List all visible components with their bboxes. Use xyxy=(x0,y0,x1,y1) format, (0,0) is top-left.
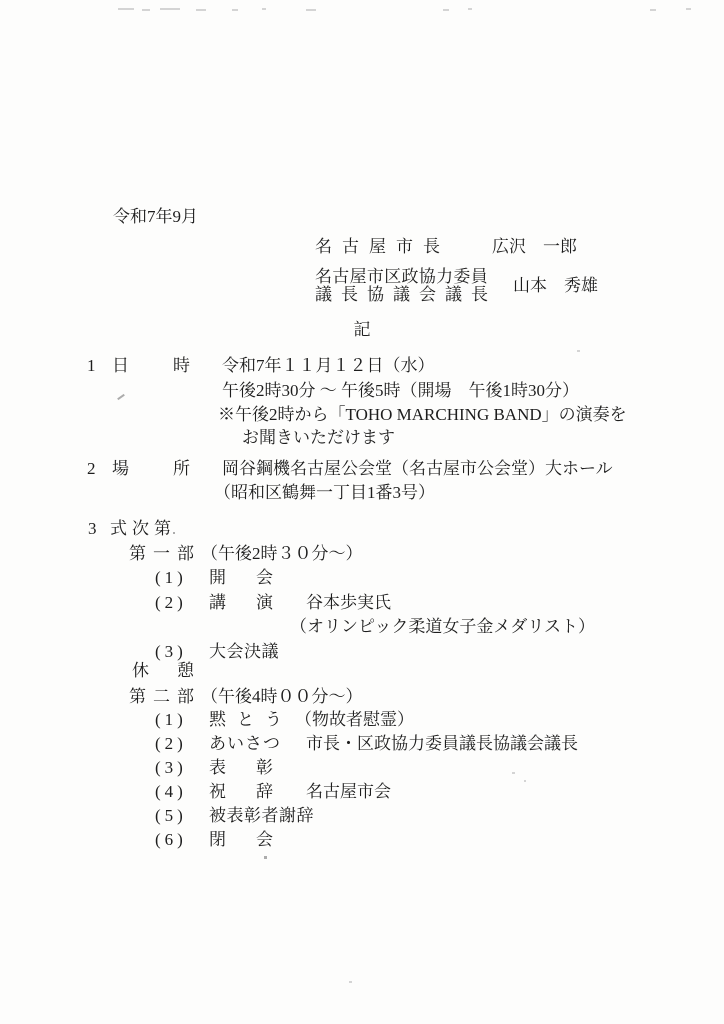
scan-artifact xyxy=(306,9,316,11)
scan-artifact xyxy=(349,981,352,983)
item-label-program: 式次第 xyxy=(110,519,176,541)
signatory-title-mayor: 名古屋市長 xyxy=(315,237,450,259)
entry-note: （オリンピック柔道女子金メダリスト） xyxy=(290,617,595,639)
entry-number: (1) xyxy=(155,568,187,588)
entry-number: (2) xyxy=(155,734,187,754)
program-entry: (6) 閉会 xyxy=(0,830,724,852)
entry-number: (2) xyxy=(155,593,187,613)
item-text: 午後2時30分 ～ 午後5時（開場 午後1時30分） xyxy=(222,381,579,403)
entry-number: (3) xyxy=(155,758,187,778)
entry-number: (5) xyxy=(155,806,187,826)
entry-label: 大会決議 xyxy=(209,642,279,662)
item-text-note: お聞きいただけます xyxy=(242,428,395,450)
entry-label: 表彰 xyxy=(209,758,303,778)
signatory-name-mayor: 広沢 一郎 xyxy=(492,237,577,259)
program-part2-time: （午後4時００分～） xyxy=(201,687,363,706)
entry-label: 講演 xyxy=(209,593,303,613)
program-part1-title: 第一部 xyxy=(129,544,201,563)
scan-artifact xyxy=(117,394,125,400)
entry-label: 閉会 xyxy=(209,830,303,850)
entry-detail: 名古屋市会 xyxy=(306,782,391,802)
entry-label: 黙とう xyxy=(209,710,293,730)
scan-artifact xyxy=(577,350,580,352)
scan-artifact xyxy=(118,8,134,10)
item-number: 1 xyxy=(87,356,96,378)
recess-label: 休憩 xyxy=(132,661,222,683)
entry-number: (4) xyxy=(155,782,187,802)
entry-detail: （物故者慰霊） xyxy=(295,710,414,730)
scan-artifact xyxy=(262,8,266,10)
scanned-document-page: 令和7年9月 名古屋市長 広沢 一郎 名古屋市区政協力委員 議長協議会議長 山本… xyxy=(0,0,724,1024)
item-label-place: 場所 xyxy=(112,459,234,481)
issue-date: 令和7年9月 xyxy=(113,207,198,229)
entry-label: 被表彰者謝辞 xyxy=(209,806,314,826)
entry-number: (1) xyxy=(155,710,187,730)
program-entry: (5) 被表彰者謝辞 xyxy=(0,806,724,828)
entry-label: あいさつ xyxy=(209,734,281,754)
item-number: 3 xyxy=(88,519,97,541)
program-part1-heading: 第一部（午後2時３０分～） xyxy=(129,544,363,566)
item-text: 令和7年１１月１２日（水） xyxy=(222,356,435,378)
signatory-title-text: 名古屋市長 xyxy=(315,237,450,256)
item-text-note: ※午後2時から「TOHO MARCHING BAND」の演奏を xyxy=(218,405,627,427)
scan-artifact xyxy=(160,8,180,10)
scan-artifact xyxy=(232,9,238,11)
entry-label: 祝辞 xyxy=(209,782,303,802)
program-part2-heading: 第二部（午後4時００分～） xyxy=(129,687,363,709)
signatory-name-chair: 山本 秀雄 xyxy=(513,276,598,298)
item-label-datetime: 日時 xyxy=(112,356,234,378)
program-part2-title: 第二部 xyxy=(129,687,201,706)
scan-artifact xyxy=(443,9,449,11)
program-entry: (3) 表彰 xyxy=(0,758,724,780)
item-text-address: （昭和区鶴舞一丁目1番3号） xyxy=(214,483,435,505)
item-number: 2 xyxy=(87,459,96,481)
program-part1-time: （午後2時３０分～） xyxy=(201,544,363,563)
entry-detail: 谷本歩実氏 xyxy=(306,593,391,613)
program-entry: (1) 開会 xyxy=(0,568,724,590)
signatory-title-chair-line2: 議長協議会議長 xyxy=(315,285,497,307)
program-entry: (2) あいさつ 市長・区政協力委員議長協議会議長 xyxy=(0,734,724,756)
entry-label: 開会 xyxy=(209,568,303,588)
entry-number: (6) xyxy=(155,830,187,850)
record-marker: 記 xyxy=(0,320,724,342)
program-entry: (1) 黙とう （物故者慰霊） xyxy=(0,710,724,732)
scan-artifact xyxy=(468,8,472,10)
entry-detail: 市長・区政協力委員議長協議会議長 xyxy=(306,734,578,754)
program-entry: (4) 祝辞 名古屋市会 xyxy=(0,782,724,804)
item-text: 岡谷鋼機名古屋公会堂（名古屋市公会堂）大ホール xyxy=(222,459,613,481)
program-entry: (3) 大会決議 xyxy=(0,642,724,664)
scan-artifact xyxy=(196,9,206,11)
scan-artifact xyxy=(264,856,267,859)
scan-artifact xyxy=(686,8,691,10)
program-entry: (2) 講演 谷本歩実氏 xyxy=(0,593,724,615)
entry-number: (3) xyxy=(155,642,187,662)
scan-artifact xyxy=(142,9,150,11)
scan-artifact xyxy=(650,9,656,11)
